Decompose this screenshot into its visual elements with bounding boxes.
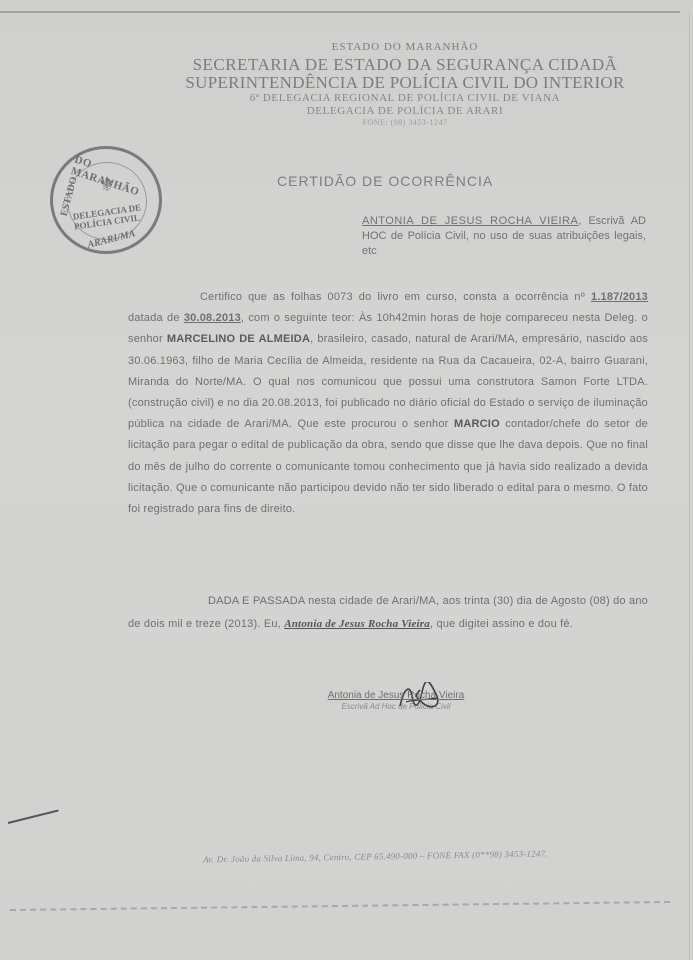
body-text-4: , brasileiro, casado, natural de Arari/M… [128,333,648,430]
letterhead-superintendency: SUPERINTENDÊNCIA DE POLÍCIA CIVIL DO INT… [180,74,630,91]
body-text-2: datada de [128,312,184,324]
pen-stroke-mark [8,809,59,824]
letterhead-local: DELEGACIA DE POLÍCIA DE ARARI [180,106,630,117]
letterhead-phone: FONE: (98) 3453-1247 [180,119,630,127]
letterhead-state: ESTADO DO MARANHÃO [180,42,630,53]
signature-block: Antonia de Jesus Rocha Vieira Escrivã Ad… [306,690,486,711]
page-top-edge [0,11,680,13]
page-bottom-line [10,901,670,912]
body-text-1: Certifico que as folhas 0073 do livro em… [200,291,591,303]
letterhead-regional: 6ª DELEGACIA REGIONAL DE POLÍCIA CIVIL D… [180,93,630,104]
letterhead-secretariat: SECRETARIA DE ESTADO DA SEGURANÇA CIDADÃ [180,56,630,73]
complainant-name: MARCELINO DE ALMEIDA [167,333,310,345]
inline-signature: Antonia de Jesus Rocha Vieira [284,618,430,630]
occurrence-date: 30.08.2013 [184,312,241,324]
contact-name: MARCIO [454,418,500,430]
certificate-body: Certifico que as folhas 0073 do livro em… [128,287,648,520]
occurrence-number: 1.187/2013 [591,291,648,303]
page-right-edge [689,12,690,960]
clerk-name: ANTONIA DE JESUS ROCHA VIEIRA [362,215,578,227]
body-text-5: contador/chefe do setor de licitação par… [128,418,648,515]
intro-paragraph: ANTONIA DE JESUS ROCHA VIEIRA, Escrivã A… [362,214,646,259]
letterhead: ESTADO DO MARANHÃO SECRETARIA DE ESTADO … [180,42,630,127]
document-title: CERTIDÃO DE OCORRÊNCIA [277,173,493,189]
official-stamp: ESTADO DO MARANHÃO ⚜ DELEGACIA DE POLÍCI… [50,146,162,254]
footer-address: Av. Dr. João da Silva Lima, 94, Centro, … [203,848,603,865]
signatory-name: Antonia de Jesus Rocha Vieira [306,690,486,701]
closing-paragraph: DADA E PASSADA nesta cidade de Arari/MA,… [128,590,648,636]
closing-text-2: , que digitei assino e dou fé. [430,618,573,630]
coat-of-arms-icon: ⚜ [95,173,119,197]
scanned-page: ESTADO DO MARANHÃO SECRETARIA DE ESTADO … [0,0,693,960]
